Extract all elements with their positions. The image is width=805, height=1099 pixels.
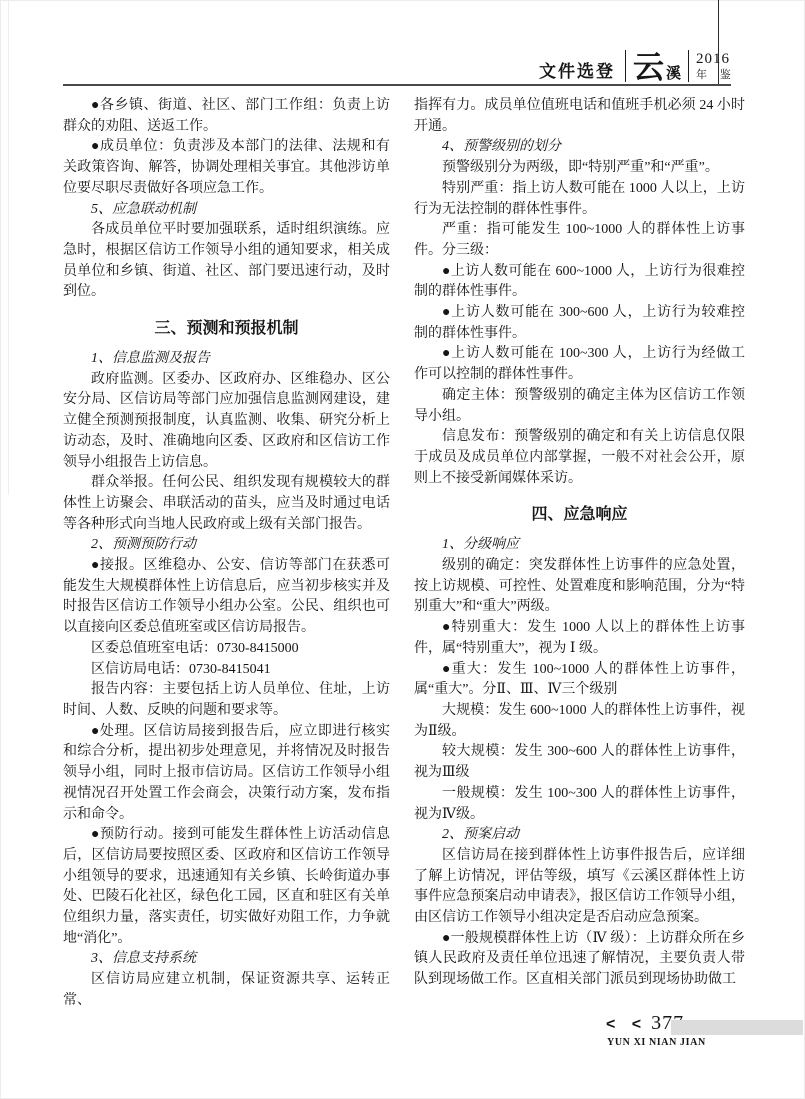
paragraph: 级别的确定：突发群体性上访事件的应急处置，按上访规模、可控性、处置难度和影响范围… [414, 556, 745, 618]
paragraph: 各成员单位平时要加强联系，适时组织演练。应急时，根据区信访工作领导小组的通知要求… [63, 220, 390, 303]
paragraph: ●上访人数可能在 300~600 人，上访行为较难控制的群体性事件。 [414, 303, 745, 344]
phone-line: 区信访局电话：0730-8415041 [63, 660, 390, 681]
romanized-title: YUN XI NIAN JIAN [607, 1037, 706, 1048]
yearbook-page: 文件选登 云 溪 2016 年 鉴 ●各乡镇、街道、社区、部门工作组：负责上访群… [0, 0, 805, 1099]
paragraph: ●上访人数可能在 600~1000 人，上访行为很难控制的群体性事件。 [414, 262, 745, 303]
paragraph: ●成员单位：负责涉及本部门的法律、法规和有关政策咨询、解答，协调处理相关事宜。其… [63, 137, 390, 199]
header-vertical-rule [718, 0, 719, 84]
left-column: ●各乡镇、街道、社区、部门工作组：负责上访群众的劝阻、送返工作。 ●成员单位：负… [63, 96, 390, 1012]
paragraph: 严重：指可能发生 100~1000 人的群体性上访事件。分三级： [414, 220, 745, 261]
paragraph: ●一般规模群体性上访（Ⅳ 级）：上访群众所在乡镇人民政府及责任单位迅速了解情况，… [414, 929, 745, 991]
paragraph-continuation: 指挥有力。成员单位值班电话和值班手机必须 24 小时开通。 [414, 96, 745, 137]
subheading-kaiti: 2、预案启动 [414, 825, 745, 846]
paragraph: ●上访人数可能在 100~300 人，上访行为经做工作可以控制的群体性事件。 [414, 344, 745, 385]
yearbook-label: 年 鉴 [696, 68, 736, 82]
paragraph: 一般规模：发生 100~300 人的群体性上访事件，视为Ⅳ级。 [414, 784, 745, 825]
footer-gray-bar [671, 1020, 803, 1035]
page-chevrons-icon: < < [606, 1016, 647, 1033]
paragraph: 区信访局在接到群体性上访事件报告后，应详细了解上访情况，评估等级，填写《云溪区群… [414, 846, 745, 929]
paragraph: 确定主体：预警级别的确定主体为区信访工作领导小组。 [414, 386, 745, 427]
page-header: 文件选登 云 溪 2016 年 鉴 [539, 46, 736, 84]
year-label: 2016 [696, 50, 730, 68]
paragraph: ●特别重大：发生 1000 人以上的群体性上访事件，属“特别重大”，视为 Ⅰ 级… [414, 618, 745, 659]
paragraph: ●重大：发生 100~1000 人的群体性上访事件，属“重大”。分Ⅱ、Ⅲ、Ⅳ三个… [414, 660, 745, 701]
paragraph: 较大规模：发生 300~600 人的群体性上访事件，视为Ⅲ级 [414, 742, 745, 783]
paragraph: ●各乡镇、街道、社区、部门工作组：负责上访群众的劝阻、送返工作。 [63, 96, 390, 137]
paragraph: 大规模：发生 600~1000 人的群体性上访事件，视为Ⅱ级。 [414, 701, 745, 742]
phone-line: 区委总值班室电话：0730-8415000 [63, 639, 390, 660]
subheading-kaiti: 3、信息支持系统 [63, 949, 390, 970]
paragraph: ●预防行动。接到可能发生群体性上访活动信息后，区信访局要按照区委、区政府和区信访… [63, 825, 390, 949]
subheading-kaiti: 4、预警级别的划分 [414, 137, 745, 158]
page-scan-edge [8, 0, 9, 495]
header-horizontal-rule [63, 84, 731, 86]
header-divider [625, 50, 626, 82]
paragraph: 预警级别分为两级，即“特别严重”和“严重”。 [414, 158, 745, 179]
paragraph: 群众举报。任何公民、组织发现有规模较大的群体性上访聚会、串联活动的苗头，应当及时… [63, 473, 390, 535]
logo-char-small: 溪 [666, 67, 681, 82]
subheading-kaiti: 1、信息监测及报告 [63, 349, 390, 370]
logo-char-large: 云 [633, 54, 664, 82]
paragraph: ●接报。区维稳办、公安、信访等部门在获悉可能发生大规模群体性上访信息后，应当初步… [63, 556, 390, 639]
paragraph: 报告内容：主要包括上访人员单位、住址，上访时间、人数、反映的问题和要求等。 [63, 680, 390, 721]
paragraph: 信息发布：预警级别的确定和有关上访信息仅限于成员及成员单位内部掌握，一般不对社会… [414, 427, 745, 489]
subheading-kaiti: 5、应急联动机制 [63, 200, 390, 221]
section-heading: 三、预测和预报机制 [63, 318, 390, 340]
paragraph: 特别严重：指上访人数可能在 1000 人以上，上访行为无法控制的群体性事件。 [414, 179, 745, 220]
header-divider [688, 50, 689, 82]
section-label: 文件选登 [539, 63, 615, 80]
paragraph: 区信访局应建立机制，保证资源共享、运转正常、 [63, 970, 390, 1011]
subheading-kaiti: 2、预测预防行动 [63, 535, 390, 556]
year-block: 2016 年 鉴 [696, 50, 736, 82]
right-column: 指挥有力。成员单位值班电话和值班手机必须 24 小时开通。 4、预警级别的划分 … [414, 96, 745, 991]
yearbook-logo: 云 溪 [633, 54, 681, 82]
subheading-kaiti: 1、分级响应 [414, 535, 745, 556]
paragraph: 政府监测。区委办、区政府办、区维稳办、区公安分局、区信访局等部门应加强信息监测网… [63, 370, 390, 474]
paragraph: ●处理。区信访局接到报告后，应立即进行核实和综合分析，提出初步处理意见，并将情况… [63, 722, 390, 826]
section-heading: 四、应急响应 [414, 504, 745, 526]
